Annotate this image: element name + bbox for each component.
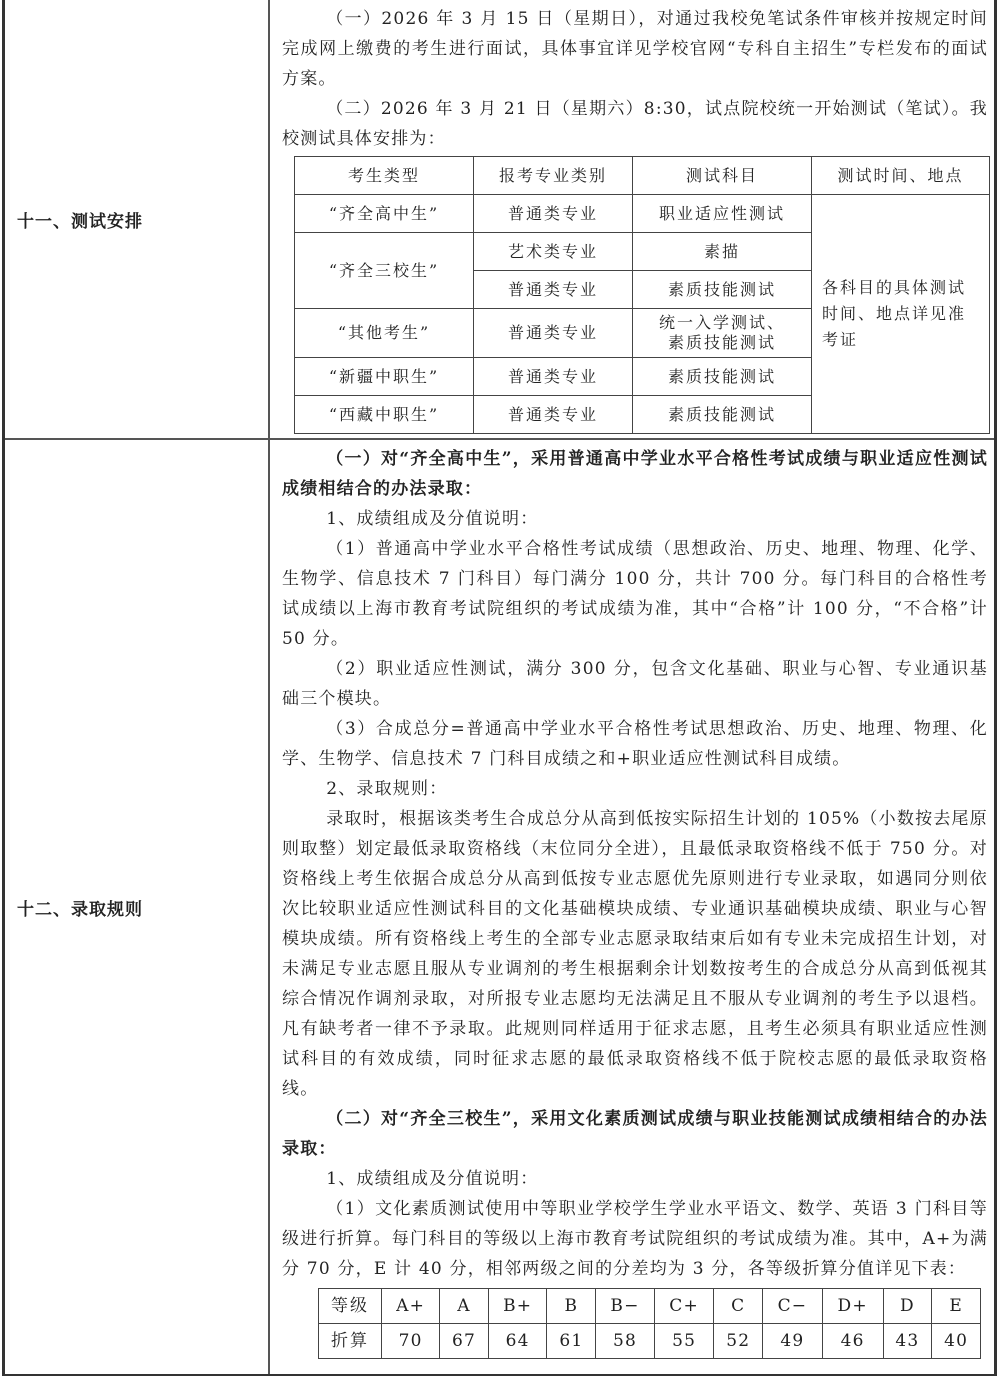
cell-subject: 素质技能测试 [633,396,812,434]
section-content: （一）2026 年 3 月 15 日（星期日），对通过我校免笔试条件审核并按规定… [270,0,994,438]
grade-cell: B [547,1289,596,1324]
cell-category: 普通类专业 [474,358,633,396]
part1-sub2: 2、录取规则： [282,774,988,804]
section-content: （一）对“齐全高中生”，采用普通高中学业水平合格性考试成绩与职业适应性测试成绩相… [270,440,994,1374]
cell-category: 普通类专业 [474,271,633,309]
grade-cell: A+ [382,1289,440,1324]
part2-sub1: 1、成绩组成及分值说明： [282,1164,988,1194]
score-cell: 67 [440,1324,489,1359]
document-page: 十一、测试安排 （一）2026 年 3 月 15 日（星期日），对通过我校免笔试… [2,0,997,1376]
grade-cell: B+ [488,1289,547,1324]
grade-cell: D [883,1289,932,1324]
paragraph: （二）2026 年 3 月 21 日（星期六）8:30，试点院校统一开始测试（笔… [282,94,988,154]
grade-cell: E [932,1289,981,1324]
score-cell: 61 [547,1324,596,1359]
section-admission-rules: 十二、录取规则 （一）对“齐全高中生”，采用普通高中学业水平合格性考试成绩与职业… [5,440,994,1374]
section-label: 十二、录取规则 [5,440,270,1374]
part2-item1: （1）文化素质测试使用中等职业学校学生学业水平语文、数学、英语 3 门科目等级进… [282,1194,988,1284]
score-cell: 70 [382,1324,440,1359]
grade-cell: B− [596,1289,655,1324]
cell-subject: 职业适应性测试 [633,195,812,233]
table-header-row: 考生类型 报考专业类别 测试科目 测试时间、地点 [295,157,990,195]
grade-cell: C [714,1289,763,1324]
score-cell: 55 [654,1324,714,1359]
part1-item1: （1）普通高中学业水平合格性考试成绩（思想政治、历史、地理、物理、化学、生物学、… [282,534,988,654]
column-header: 测试科目 [633,157,812,195]
section-label: 十一、测试安排 [5,0,270,438]
score-cell: 46 [822,1324,883,1359]
row-label: 等级 [319,1289,382,1324]
cell-category: 普通类专业 [474,195,633,233]
cell-type: “其他考生” [295,309,474,358]
cell-type: “齐全高中生” [295,195,474,233]
cell-type: “新疆中职生” [295,358,474,396]
part1-item3: （3）合成总分=普通高中学业水平合格性考试思想政治、历史、地理、物理、化学、生物… [282,714,988,774]
table-row: “齐全高中生” 普通类专业 职业适应性测试 各科目的具体测试时间、地点详见准考证 [295,195,990,233]
score-cell: 40 [932,1324,981,1359]
column-header: 测试时间、地点 [812,157,990,195]
cell-subject: 素质技能测试 [633,271,812,309]
part1-item2: （2）职业适应性测试，满分 300 分，包含文化基础、职业与心智、专业通识基础三… [282,654,988,714]
cell-category: 普通类专业 [474,396,633,434]
grade-cell: D+ [822,1289,883,1324]
score-cell: 58 [596,1324,655,1359]
cell-category: 普通类专业 [474,309,633,358]
cell-type: “齐全三校生” [295,233,474,309]
grade-row: 等级 A+ A B+ B B− C+ C C− D+ D E [319,1289,981,1324]
cell-type: “西藏中职生” [295,396,474,434]
section-test-arrangement: 十一、测试安排 （一）2026 年 3 月 15 日（星期日），对通过我校免笔试… [5,0,994,440]
part1-rule: 录取时，根据该类考生合成总分从高到低按实际招生计划的 105%（小数按去尾原则取… [282,804,988,1104]
score-row: 折算 70 67 64 61 58 55 52 49 46 43 40 [319,1324,981,1359]
cell-subject: 统一入学测试、素质技能测试 [633,309,812,358]
cell-subject: 素描 [633,233,812,271]
score-cell: 52 [714,1324,763,1359]
column-header: 考生类型 [295,157,474,195]
schedule-table: 考生类型 报考专业类别 测试科目 测试时间、地点 “齐全高中生” 普通类专业 职… [294,156,990,434]
score-cell: 64 [488,1324,547,1359]
part2-heading: （二）对“齐全三校生”，采用文化素质测试成绩与职业技能测试成绩相结合的办法录取： [282,1104,988,1164]
cell-time-place: 各科目的具体测试时间、地点详见准考证 [812,195,990,434]
grade-cell: C+ [654,1289,714,1324]
part1-heading: （一）对“齐全高中生”，采用普通高中学业水平合格性考试成绩与职业适应性测试成绩相… [282,440,988,504]
grade-cell: A [440,1289,489,1324]
column-header: 报考专业类别 [474,157,633,195]
paragraph: （一）2026 年 3 月 15 日（星期日），对通过我校免笔试条件审核并按规定… [282,0,988,94]
grade-conversion-table: 等级 A+ A B+ B B− C+ C C− D+ D E 折算 70 67 [318,1288,981,1359]
score-cell: 49 [763,1324,823,1359]
part1-sub1: 1、成绩组成及分值说明： [282,504,988,534]
row-label: 折算 [319,1324,382,1359]
cell-category: 艺术类专业 [474,233,633,271]
score-cell: 43 [883,1324,932,1359]
grade-cell: C− [763,1289,823,1324]
cell-subject: 素质技能测试 [633,358,812,396]
